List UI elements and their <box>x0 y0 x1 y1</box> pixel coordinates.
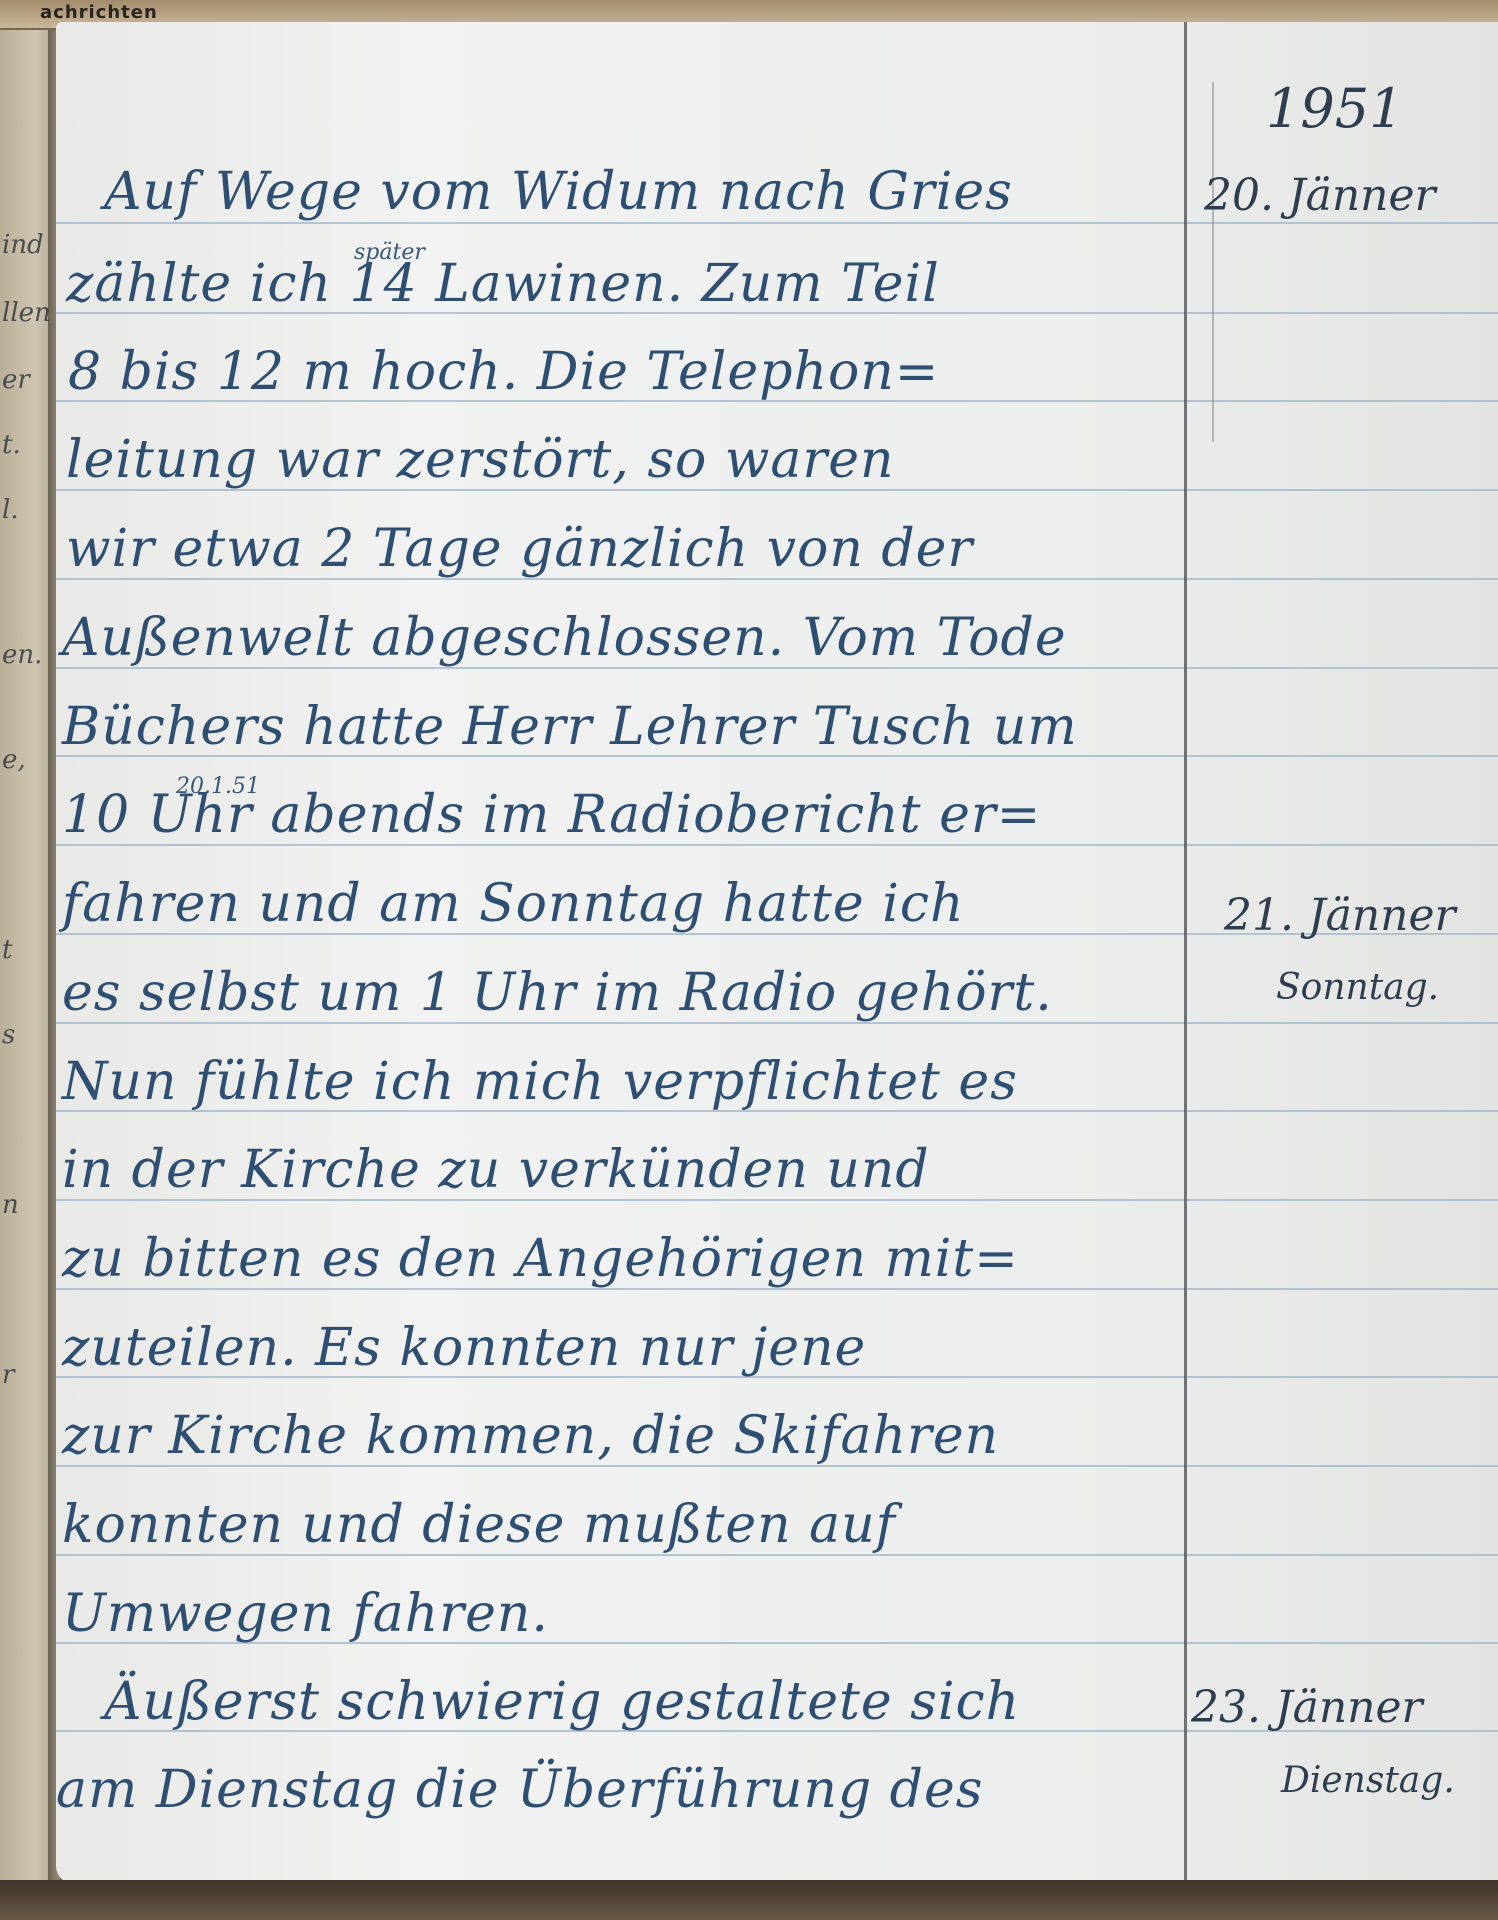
left-page-fragment: r <box>2 1360 14 1390</box>
text-line: zur Kirche kommen, die Skifahren <box>62 1406 999 1466</box>
margin-date: 20. Jänner <box>1204 170 1436 221</box>
left-page-fragment: l. <box>2 495 19 525</box>
text-line: Nun fühlte ich mich verpflichtet es <box>62 1052 1018 1112</box>
text-line: Auf Wege vom Widum nach Gries <box>104 162 1013 222</box>
ruled-line <box>56 222 1498 224</box>
left-page-fragment: ind <box>2 230 44 260</box>
left-page-fragment: er <box>2 365 30 395</box>
text-line: es selbst um 1 Uhr im Radio gehört. <box>62 963 1053 1023</box>
pencil-guide-line <box>1212 82 1214 442</box>
text-line: konnten und diese mußten auf <box>62 1495 896 1555</box>
text-line: Umwegen fahren. <box>62 1584 549 1644</box>
chronicle-page: Auf Wege vom Widum nach Gries später zäh… <box>56 22 1498 1884</box>
margin-divider-line <box>1184 22 1187 1884</box>
text-line: Außenwelt abgeschlossen. Vom Tode <box>62 608 1067 668</box>
text-line: zu bitten es den Angehörigen mit= <box>62 1229 1019 1289</box>
text-line: 10 Uhr abends im Radiobericht er= <box>62 785 1041 845</box>
left-page-fragment: e, <box>2 745 26 775</box>
text-line: fahren und am Sonntag hatte ich <box>62 874 964 934</box>
book-bottom-edge <box>0 1880 1498 1920</box>
text-line: Äußerst schwierig gestaltete sich <box>104 1672 1020 1732</box>
text-line: Büchers hatte Herr Lehrer Tusch um <box>62 697 1078 757</box>
text-line: in der Kirche zu verkünden und <box>62 1140 930 1200</box>
margin-weekday: Dienstag. <box>1281 1760 1455 1801</box>
margin-year: 1951 <box>1266 77 1403 140</box>
margin-weekday: Sonntag. <box>1276 967 1439 1008</box>
text-line: zuteilen. Es konnten nur jene <box>62 1318 866 1378</box>
text-line: 8 bis 12 m hoch. Die Telephon= <box>68 342 939 402</box>
left-page-fragment: en. <box>2 640 42 670</box>
left-page-fragment: t. <box>2 430 21 460</box>
margin-date: 21. Jänner <box>1224 890 1456 941</box>
text-line: leitung war zerstört, so waren <box>66 430 895 490</box>
left-page-fragment: t <box>2 935 12 965</box>
left-page-fragment: llen <box>2 298 51 328</box>
text-line: wir etwa 2 Tage gänzlich von der <box>66 519 973 579</box>
margin-date: 23. Jänner <box>1191 1682 1423 1733</box>
text-line: zählte ich 14 Lawinen. Zum Teil <box>66 254 940 314</box>
header-stamp-text: achrichten <box>40 2 158 23</box>
left-page-fragment: s <box>2 1020 15 1050</box>
left-page-fragment: n <box>2 1190 19 1220</box>
text-line: am Dienstag die Überführung des <box>56 1760 983 1820</box>
